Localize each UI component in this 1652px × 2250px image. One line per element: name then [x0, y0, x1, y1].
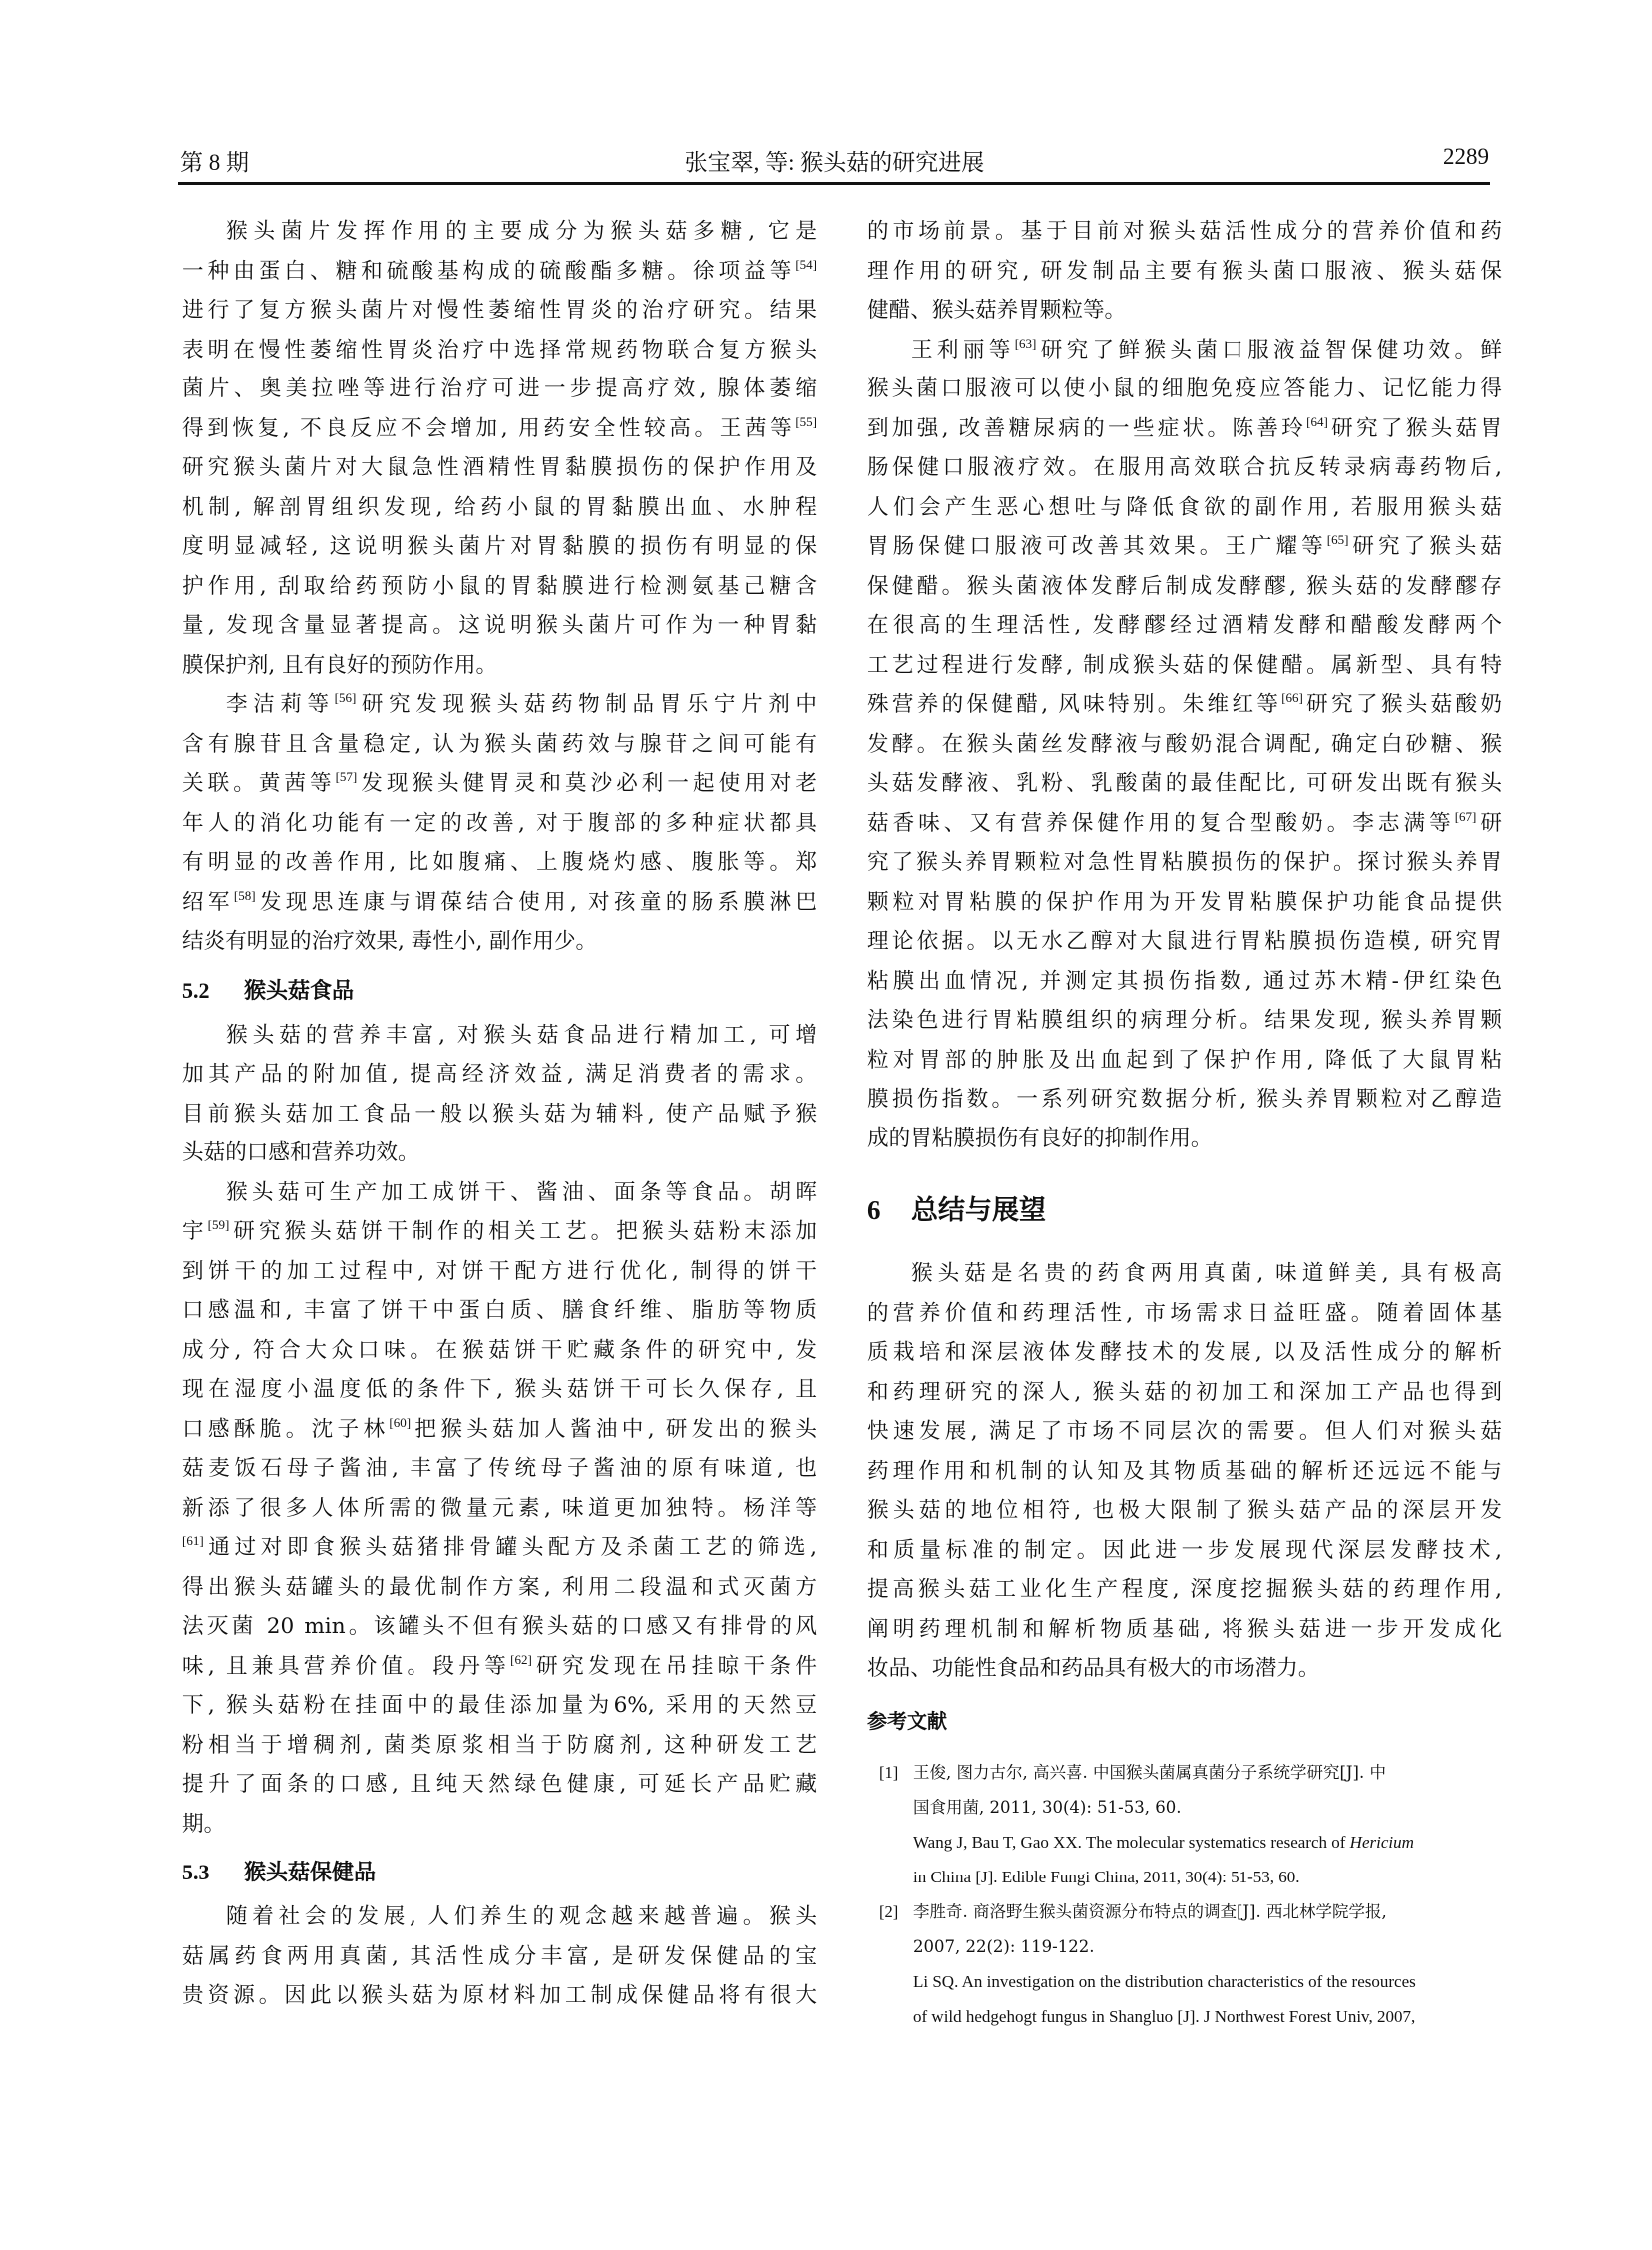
citation-marker[interactable]: [67]	[1455, 809, 1477, 824]
right-column: 的市场前景。基于目前对猴头菇活性成分的营养价值和药理作用的研究, 研发制品主要有…	[867, 212, 1502, 2034]
text-line: 随着社会的发展, 人们养生的观念越来越普遍。猴头	[182, 1897, 817, 1937]
text-line: 猴头菌口服液可以使小鼠的细胞免疫应答能力、记忆能力得	[867, 370, 1502, 409]
text-line: 理论依据。以无水乙醇对大鼠进行胃粘膜损伤造模, 研究胃	[867, 922, 1502, 962]
text-line: 表明在慢性萎缩性胃炎治疗中选择常规药物联合复方猴头	[182, 331, 817, 371]
text-line: 口感酥脆。沈子林[60]把猴头菇加人酱油中, 研发出的猴头	[182, 1410, 817, 1450]
text-line: 贵资源。因此以猴头菇为原材料加工制成保健品将有很大	[182, 1976, 817, 2016]
text-line: 膜保护剂, 且有良好的预防作用。	[182, 646, 817, 686]
text-line: 提升了面条的口感, 且纯天然绿色健康, 可延长产品贮藏	[182, 1765, 817, 1805]
text-line: 殊营养的保健醋, 风味特别。朱维红等[66]研究了猴头菇酸奶	[867, 685, 1502, 725]
text-line: 加其产品的附加值, 提高经济效益, 满足消费者的需求。	[182, 1055, 817, 1095]
reference-zh-line: 2007, 22(2): 119-122.	[913, 1929, 1502, 1964]
text-line: 猴头菇是名贵的药食两用真菌, 味道鲜美, 具有极高	[867, 1254, 1502, 1294]
text-line: 的营养价值和药理活性, 市场需求日益旺盛。随着固体基	[867, 1294, 1502, 1334]
reference-item: [1] 王俊, 图力古尔, 高兴喜. 中国猴头菌属真菌分子系统学研究[J]. 中…	[867, 1755, 1502, 1894]
references-heading: 参考文献	[867, 1701, 1502, 1741]
text-line: 机制, 解剖胃组织发现, 给药小鼠的胃黏膜出血、水肿程	[182, 488, 817, 528]
citation-marker[interactable]: [65]	[1327, 532, 1349, 547]
paragraph: 猴头菇是名贵的药食两用真菌, 味道鲜美, 具有极高的营养价值和药理活性, 市场需…	[867, 1254, 1502, 1689]
page-number: 2289	[1443, 144, 1489, 170]
text-line: [61]通过对即食猴头菇猪排骨罐头配方及杀菌工艺的筛选,	[182, 1528, 817, 1568]
left-column: 猴头菌片发挥作用的主要成分为猴头菇多糖, 它是一种由蛋白、糖和硫酸基构成的硫酸酯…	[182, 212, 817, 2016]
text-line: 新添了很多人体所需的微量元素, 味道更加独特。杨洋等	[182, 1489, 817, 1529]
text-line: 猴头菇的营养丰富, 对猴头菇食品进行精加工, 可增	[182, 1016, 817, 1056]
paragraph: 王利丽等[63]研究了鲜猴头菌口服液益智保健功效。鲜猴头菌口服液可以使小鼠的细胞…	[867, 331, 1502, 1159]
paragraph: 猴头菇的营养丰富, 对猴头菇食品进行精加工, 可增加其产品的附加值, 提高经济效…	[182, 1016, 817, 1173]
text-line: 成分, 符合大众口味。在猴菇饼干贮藏条件的研究中, 发	[182, 1331, 817, 1371]
section-title: 总结与展望	[911, 1195, 1046, 1226]
text-line: 绍军[58]发现思连康与谓葆结合使用, 对孩童的肠系膜淋巴	[182, 883, 817, 923]
text-line: 菇属药食两用真菌, 其活性成分丰富, 是研发保健品的宝	[182, 1937, 817, 1977]
text-line: 膜损伤指数。一系列研究数据分析, 猴头养胃颗粒对乙醇造	[867, 1080, 1502, 1120]
text-line: 发酵。在猴头菌丝发酵液与酸奶混合调配, 确定白砂糖、猴	[867, 725, 1502, 765]
citation-marker[interactable]: [57]	[336, 769, 358, 784]
text-line: 到加强, 改善糖尿病的一些症状。陈善玲[64]研究了猴头菇胃	[867, 409, 1502, 449]
header-rule	[178, 182, 1490, 185]
reference-number: [2]	[879, 1894, 898, 1929]
text-line: 得到恢复, 不良反应不会增加, 用药安全性较高。王茜等[55]	[182, 409, 817, 449]
section-heading-5-3: 5.3猴头菇保健品	[182, 1850, 817, 1895]
text-line: 关联。黄茜等[57]发现猴头健胃灵和莫沙必利一起使用对老	[182, 764, 817, 804]
text-line: 头菇的口感和营养功效。	[182, 1133, 817, 1173]
running-header: 第 8 期 张宝翠, 等: 猴头菇的研究进展 2289	[180, 136, 1489, 176]
paragraph: 猴头菌片发挥作用的主要成分为猴头菇多糖, 它是一种由蛋白、糖和硫酸基构成的硫酸酯…	[182, 212, 817, 685]
reference-item: [2] 李胜奇. 商洛野生猴头菌资源分布特点的调查[J]. 西北林学院学报, 2…	[867, 1894, 1502, 2034]
text-line: 李洁莉等[56]研究发现猴头菇药物制品胃乐宁片剂中	[182, 685, 817, 725]
text-line: 在很高的生理活性, 发酵醪经过酒精发酵和醋酸发酵两个	[867, 606, 1502, 646]
reference-en-line: in China [J]. Edible Fungi China, 2011, …	[913, 1860, 1502, 1894]
reference-en-line: Wang J, Bau T, Gao XX. The molecular sys…	[913, 1825, 1502, 1860]
paragraph: 的市场前景。基于目前对猴头菇活性成分的营养价值和药理作用的研究, 研发制品主要有…	[867, 212, 1502, 331]
text-line: 法灭菌 20 min。该罐头不但有猴头菇的口感又有排骨的风	[182, 1607, 817, 1647]
text-line: 到饼干的加工过程中, 对饼干配方进行优化, 制得的饼干	[182, 1252, 817, 1292]
citation-marker[interactable]: [61]	[182, 1533, 204, 1548]
text-line: 一种由蛋白、糖和硫酸基构成的硫酸酯多糖。徐项益等[54]	[182, 252, 817, 292]
text-line: 期。	[182, 1805, 817, 1845]
running-title: 张宝翠, 等: 猴头菇的研究进展	[180, 144, 1489, 177]
text-line: 究了猴头养胃颗粒对急性胃粘膜损伤的保护。探讨猴头养胃	[867, 843, 1502, 883]
text-line: 人们会产生恶心想吐与降低食欲的副作用, 若服用猴头菇	[867, 488, 1502, 528]
text-line: 量, 发现含量显著提高。这说明猴头菌片可作为一种胃黏	[182, 606, 817, 646]
text-line: 头菇发酵液、乳粉、乳酸菌的最佳配比, 可研发出既有猴头	[867, 764, 1502, 804]
text-line: 猴头菇可生产加工成饼干、酱油、面条等食品。胡晖	[182, 1173, 817, 1213]
citation-marker[interactable]: [56]	[335, 690, 357, 705]
species-name: Hericium	[1350, 1833, 1414, 1852]
section-heading-5-2: 5.2猴头菇食品	[182, 968, 817, 1014]
text-line: 妆品、功能性食品和药品具有极大的市场潜力。	[867, 1649, 1502, 1689]
text-line: 年人的消化功能有一定的改善, 对于腹部的多种症状都具	[182, 804, 817, 844]
text-line: 目前猴头菇加工食品一般以猴头菇为辅料, 使产品赋予猴	[182, 1095, 817, 1134]
text-line: 护作用, 刮取给药预防小鼠的胃黏膜进行检测氨基己糖含	[182, 567, 817, 607]
text-line: 的市场前景。基于目前对猴头菇活性成分的营养价值和药	[867, 212, 1502, 252]
text-line: 下, 猴头菇粉在挂面中的最佳添加量为6%, 采用的天然豆	[182, 1686, 817, 1726]
text-line: 法染色进行胃粘膜组织的病理分析。结果发现, 猴头养胃颗	[867, 1001, 1502, 1041]
text-line: 快速发展, 满足了市场不同层次的需要。但人们对猴头菇	[867, 1412, 1502, 1452]
text-line: 菇麦饭石母子酱油, 丰富了传统母子酱油的原有味道, 也	[182, 1449, 817, 1489]
text-line: 含有腺苷且含量稳定, 认为猴头菌药效与腺苷之间可能有	[182, 725, 817, 765]
text-line: 提高猴头菇工业化生产程度, 深度挖掘猴头菇的药理作用,	[867, 1570, 1502, 1610]
text-line: 猴头菌片发挥作用的主要成分为猴头菇多糖, 它是	[182, 212, 817, 252]
text-line: 进行了复方猴头菌片对慢性萎缩性胃炎的治疗研究。结果	[182, 291, 817, 331]
citation-marker[interactable]: [59]	[208, 1217, 230, 1232]
text-line: 有明显的改善作用, 比如腹痛、上腹烧灼感、腹胀等。郑	[182, 843, 817, 883]
reference-zh-line: 国食用菌, 2011, 30(4): 51-53, 60.	[913, 1790, 1502, 1825]
text-line: 菇香味、又有营养保健作用的复合型酸奶。李志满等[67]研	[867, 804, 1502, 844]
text-line: 理作用的研究, 研发制品主要有猴头菌口服液、猴头菇保	[867, 252, 1502, 292]
text-line: 质栽培和深层液体发酵技术的发展, 以及活性成分的解析	[867, 1333, 1502, 1373]
text-line: 得出猴头菇罐头的最优制作方案, 利用二段温和式灭菌方	[182, 1568, 817, 1608]
citation-marker[interactable]: [60]	[389, 1415, 411, 1430]
citation-marker[interactable]: [63]	[1015, 336, 1037, 351]
section-heading-6: 6总结与展望	[867, 1180, 1502, 1240]
text-line: 药理作用和机制的认知及其物质基础的解析还远远不能与	[867, 1452, 1502, 1492]
reference-zh-line: 王俊, 图力古尔, 高兴喜. 中国猴头菌属真菌分子系统学研究[J]. 中	[913, 1755, 1502, 1790]
citation-marker[interactable]: [54]	[795, 257, 817, 272]
text-line: 和药理研究的深人, 猴头菇的初加工和深加工产品也得到	[867, 1373, 1502, 1413]
text-line: 颗粒对胃粘膜的保护作用为开发胃粘膜保护功能食品提供	[867, 883, 1502, 923]
paragraph: 李洁莉等[56]研究发现猴头菇药物制品胃乐宁片剂中含有腺苷且含量稳定, 认为猴头…	[182, 685, 817, 962]
text-line: 和质量标准的制定。因此进一步发展现代深层发酵技术,	[867, 1531, 1502, 1571]
text-line: 健醋、猴头菇养胃颗粒等。	[867, 291, 1502, 331]
text-line: 粘膜出血情况, 并测定其损伤指数, 通过苏木精-伊红染色	[867, 962, 1502, 1002]
text-line: 现在湿度小温度低的条件下, 猴头菇饼干可长久保存, 且	[182, 1370, 817, 1410]
reference-number: [1]	[879, 1755, 898, 1790]
section-number: 5.3	[182, 1850, 244, 1895]
citation-marker[interactable]: [58]	[234, 888, 256, 903]
text-line: 猴头菇的地位相符, 也极大限制了猴头菇产品的深层开发	[867, 1491, 1502, 1531]
text-line: 胃肠保健口服液可改善其效果。王广耀等[65]研究了猴头菇	[867, 527, 1502, 567]
text-line: 成的胃粘膜损伤有良好的抑制作用。	[867, 1120, 1502, 1159]
text-line: 王利丽等[63]研究了鲜猴头菌口服液益智保健功效。鲜	[867, 331, 1502, 371]
reference-en-line: of wild hedgehogt fungus in Shangluo [J]…	[913, 1999, 1502, 2034]
text-line: 肠保健口服液疗效。在服用高效联合抗反转录病毒药物后,	[867, 448, 1502, 488]
text-line: 保健醋。猴头菌液体发酵后制成发酵醪, 猴头菇的发酵醪存	[867, 567, 1502, 607]
citation-marker[interactable]: [66]	[1281, 690, 1303, 705]
text-line: 味, 且兼具营养价值。段丹等[62]研究发现在吊挂晾干条件	[182, 1647, 817, 1687]
text-line: 粉相当于增稠剂, 菌类原浆相当于防腐剂, 这种研发工艺	[182, 1726, 817, 1766]
reference-en-line: Li SQ. An investigation on the distribut…	[913, 1964, 1502, 1999]
section-title: 猴头菇保健品	[244, 1860, 376, 1885]
text-line: 结炎有明显的治疗效果, 毒性小, 副作用少。	[182, 922, 817, 962]
paragraph: 猴头菇可生产加工成饼干、酱油、面条等食品。胡晖宇[59]研究猴头菇饼干制作的相关…	[182, 1173, 817, 1845]
text-line: 口感温和, 丰富了饼干中蛋白质、膳食纤维、脂肪等物质	[182, 1291, 817, 1331]
text-line: 研究猴头菌片对大鼠急性酒精性胃黏膜损伤的保护作用及	[182, 448, 817, 488]
text-line: 度明显减轻, 这说明猴头菌片对胃黏膜的损伤有明显的保	[182, 527, 817, 567]
text-line: 工艺过程进行发酵, 制成猴头菇的保健醋。属新型、具有特	[867, 646, 1502, 686]
reference-zh-line: 李胜奇. 商洛野生猴头菌资源分布特点的调查[J]. 西北林学院学报,	[913, 1894, 1502, 1929]
citation-marker[interactable]: [62]	[510, 1652, 532, 1667]
text-line: 宇[59]研究猴头菇饼干制作的相关工艺。把猴头菇粉末添加	[182, 1212, 817, 1252]
reference-list: [1] 王俊, 图力古尔, 高兴喜. 中国猴头菌属真菌分子系统学研究[J]. 中…	[867, 1755, 1502, 2034]
text-line: 菌片、奥美拉唑等进行治疗可进一步提高疗效, 腺体萎缩	[182, 370, 817, 409]
text-line: 粒对胃部的肿胀及出血起到了保护作用, 降低了大鼠胃粘	[867, 1041, 1502, 1081]
text-line: 阐明药理机制和解析物质基础, 将猴头菇进一步开发成化	[867, 1610, 1502, 1650]
section-number: 5.2	[182, 968, 244, 1014]
citation-marker[interactable]: [64]	[1306, 414, 1328, 429]
paragraph: 随着社会的发展, 人们养生的观念越来越普遍。猴头菇属药食两用真菌, 其活性成分丰…	[182, 1897, 817, 2016]
section-title: 猴头菇食品	[244, 978, 354, 1004]
section-number: 6	[867, 1180, 911, 1240]
citation-marker[interactable]: [55]	[795, 414, 817, 429]
